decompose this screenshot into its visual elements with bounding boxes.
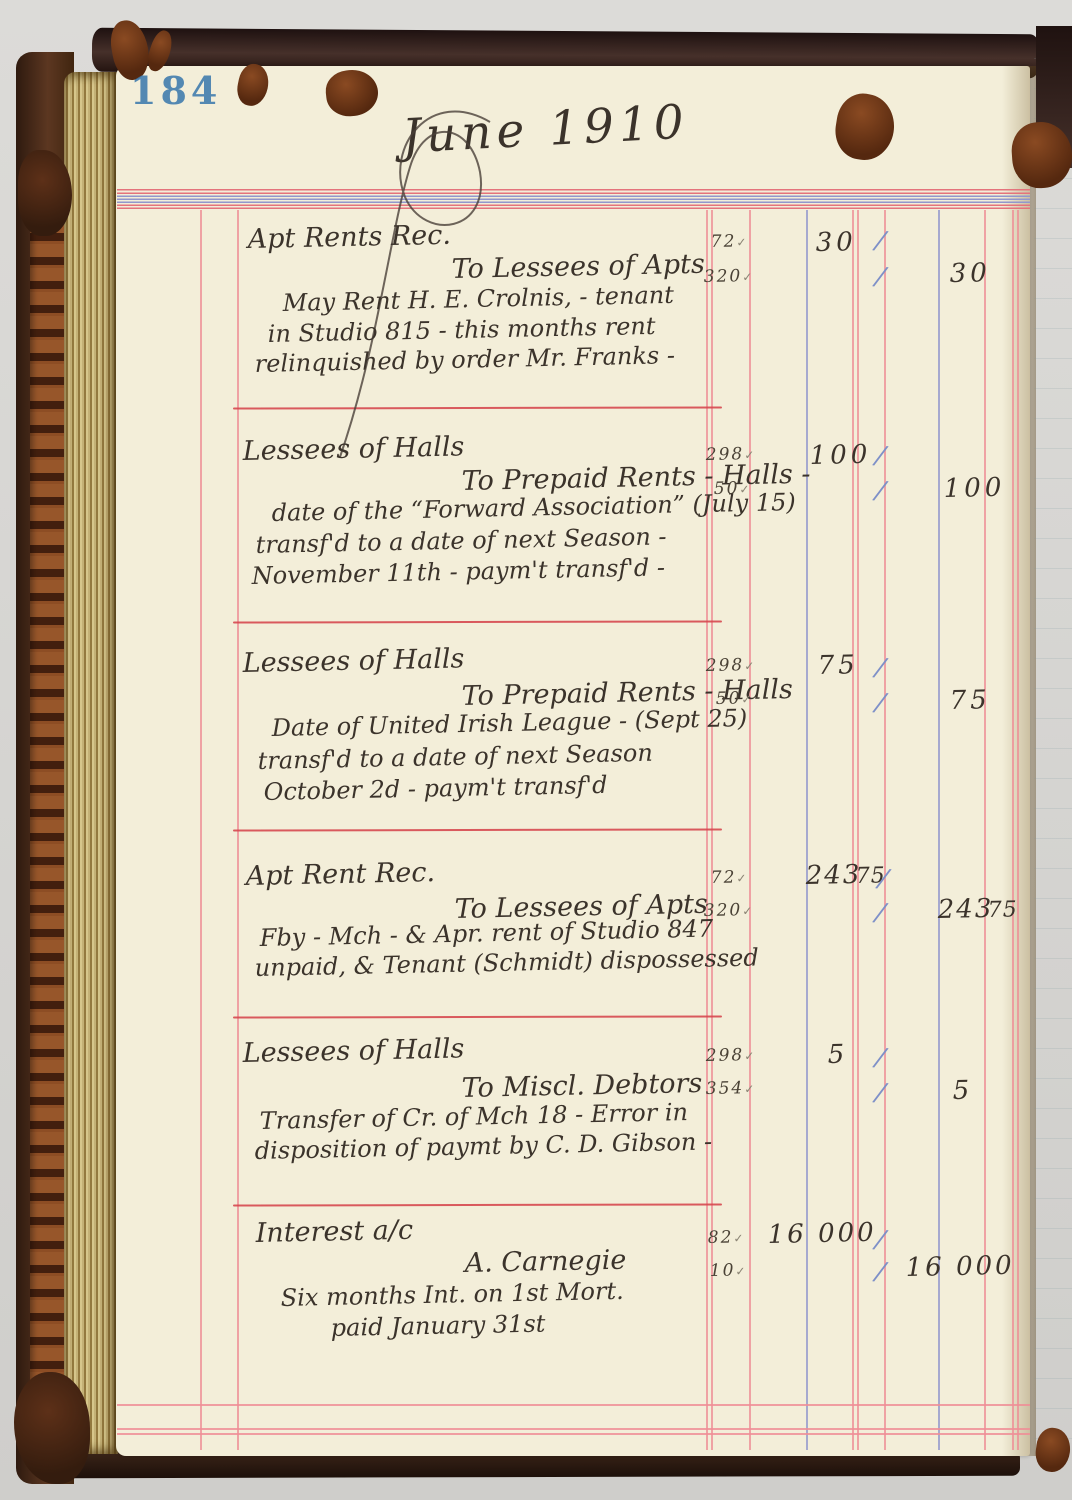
folio-check-mark: ✓ bbox=[736, 871, 748, 885]
entry-contra: To Miscl. Debtors bbox=[461, 1070, 702, 1102]
entry-contra: To Lessees of Apts bbox=[451, 251, 705, 283]
debit-amount: 75 bbox=[817, 652, 859, 679]
folio-debit: 298✓ bbox=[706, 1047, 757, 1065]
bottom-rule-line bbox=[117, 1404, 1030, 1406]
gilt-page-edges bbox=[64, 72, 118, 1454]
entry-account: Interest a/c bbox=[255, 1217, 413, 1247]
credit-amount: 75 bbox=[949, 687, 991, 714]
leather-corner-patch bbox=[18, 150, 72, 236]
debit-amount: 243 bbox=[805, 862, 861, 889]
debit-amount: 100 bbox=[809, 442, 871, 469]
column-line bbox=[749, 210, 751, 1450]
credit-amount: 16 000 bbox=[905, 1253, 1015, 1281]
entry-account: Lessees of Halls bbox=[242, 645, 464, 677]
column-line bbox=[852, 210, 854, 1450]
gutter-shadow bbox=[1002, 66, 1036, 1456]
folio-credit: 10✓ bbox=[710, 1262, 748, 1280]
folio-credit: 320✓ bbox=[704, 268, 755, 286]
credit-amount: 100 bbox=[943, 475, 1005, 502]
folio-check-mark: ✓ bbox=[735, 1264, 747, 1278]
column-line bbox=[1017, 210, 1019, 1450]
column-line bbox=[857, 210, 859, 1450]
debit-amount: 5 bbox=[827, 1042, 848, 1068]
entry-contra: A. Carnegie bbox=[464, 1247, 626, 1277]
entry-account: Lessees of Halls bbox=[242, 433, 464, 465]
debit-amount: 30 bbox=[815, 229, 857, 256]
entry-note: October 2d - paym't transf'd bbox=[263, 773, 607, 804]
folio-check-mark: ✓ bbox=[744, 448, 756, 462]
folio-debit: 72✓ bbox=[711, 233, 749, 251]
ledger-photo: 184 June 1910 Apt Rents Rec. To Lessees … bbox=[0, 0, 1072, 1500]
folio-check-mark: ✓ bbox=[744, 1082, 756, 1096]
folio-credit: 354✓ bbox=[706, 1080, 757, 1098]
folio-debit: 82✓ bbox=[708, 1229, 746, 1247]
folio-check-mark: ✓ bbox=[742, 270, 754, 284]
folio-debit: 298✓ bbox=[706, 657, 757, 675]
column-line bbox=[200, 210, 202, 1450]
credit-cents: 75 bbox=[988, 899, 1018, 922]
folio-debit: 72✓ bbox=[711, 869, 749, 887]
folio-check-mark: ✓ bbox=[744, 1049, 756, 1063]
folio-check-mark: ✓ bbox=[742, 904, 754, 918]
entry-account: Apt Rents Rec. bbox=[247, 222, 451, 253]
folio-credit: 50✓ bbox=[714, 480, 752, 498]
folio-credit: 50✓ bbox=[716, 690, 754, 708]
folio-check-mark: ✓ bbox=[744, 659, 756, 673]
entry-account: Apt Rent Rec. bbox=[245, 859, 435, 890]
folio-debit: 298✓ bbox=[706, 446, 757, 464]
entry-note: paid January 31st bbox=[330, 1312, 545, 1340]
column-line bbox=[806, 210, 808, 1450]
folio-check-mark: ✓ bbox=[733, 1231, 745, 1245]
debit-amount: 16 000 bbox=[767, 1220, 877, 1248]
page-number: 184 bbox=[130, 68, 221, 113]
folio-credit: 320✓ bbox=[704, 902, 755, 920]
folio-check-mark: ✓ bbox=[736, 235, 748, 249]
credit-amount: 30 bbox=[949, 260, 991, 287]
bottom-rule-line bbox=[117, 1433, 1030, 1435]
credit-amount: 5 bbox=[952, 1078, 973, 1104]
entry-account: Lessees of Halls bbox=[242, 1035, 464, 1067]
entry-note: Six months Int. on 1st Mort. bbox=[280, 1279, 623, 1310]
folio-check-mark: ✓ bbox=[741, 692, 753, 706]
next-page-edge bbox=[1034, 58, 1072, 1456]
folio-check-mark: ✓ bbox=[739, 482, 751, 496]
bottom-rule-line bbox=[117, 1428, 1030, 1430]
credit-amount: 243 bbox=[937, 896, 993, 923]
header-rule-band bbox=[117, 188, 1030, 210]
